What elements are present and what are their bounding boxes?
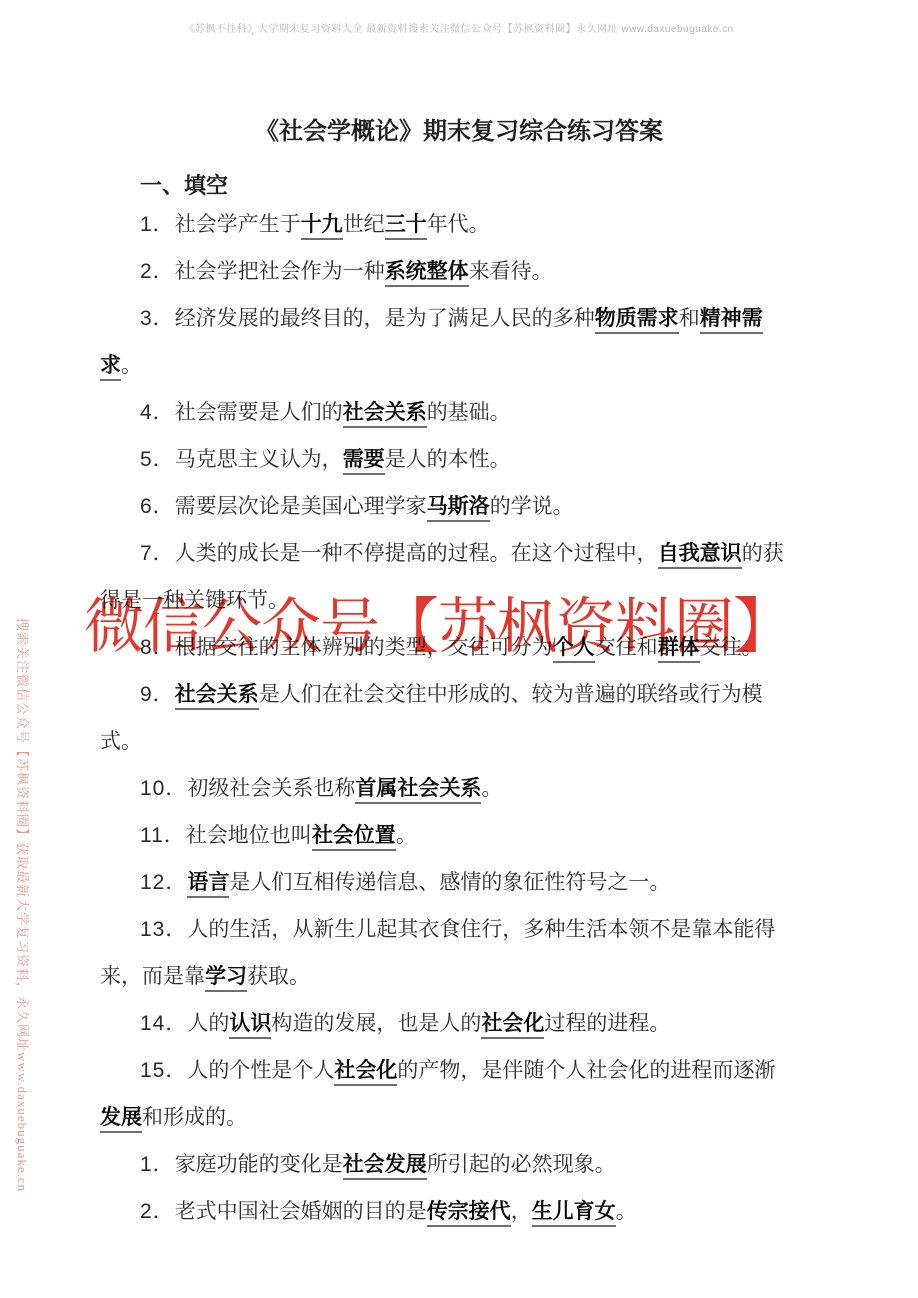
item-text: 马克思主义认为， xyxy=(175,448,343,471)
item-text: 初级社会关系也称 xyxy=(187,777,355,800)
list-item: 10．初级社会关系也称首属社会关系。 xyxy=(100,765,790,812)
item-number: 9． xyxy=(140,683,175,706)
item-text: 社会学把社会作为一种 xyxy=(175,260,385,283)
answer-blank-term: 自我意识 xyxy=(658,542,742,569)
list-item: 1．社会学产生于十九世纪三十年代。 xyxy=(100,201,790,248)
item-text: 人的个性是个人 xyxy=(187,1059,334,1082)
item-number: 1． xyxy=(140,1153,175,1176)
answer-blank-term: 群体 xyxy=(658,636,700,663)
answer-blank-term: 个人 xyxy=(553,636,595,663)
fill-in-blank-list: 1．社会学产生于十九世纪三十年代。2．社会学把社会作为一种系统整体来看待。3．经… xyxy=(100,201,790,1235)
list-item: 7．人类的成长是一种不停提高的过程。在这个过程中，自我意识的获得是一种关键环节。 xyxy=(100,530,790,624)
answer-blank-term: 马斯洛 xyxy=(427,495,490,522)
item-text: 需要层次论是美国心理学家 xyxy=(175,495,427,518)
item-text: 人类的成长是一种不停提高的过程。在这个过程中， xyxy=(175,542,658,565)
item-number: 3． xyxy=(140,307,175,330)
answer-blank-term: 社会关系 xyxy=(343,401,427,428)
answer-blank-term: 传宗接代 xyxy=(427,1200,511,1227)
item-text: 经济发展的最终目的，是为了满足人民的多种 xyxy=(175,307,595,330)
answer-blank-term: 生儿育女 xyxy=(532,1200,616,1227)
item-text: 和 xyxy=(679,307,700,330)
item-text: 家庭功能的变化是 xyxy=(175,1153,343,1176)
item-number: 7． xyxy=(140,542,175,565)
answer-blank-term: 十九 xyxy=(301,213,343,240)
item-number: 6． xyxy=(140,495,175,518)
item-text: 和形成的。 xyxy=(142,1106,247,1129)
page-title: 《社会学概论》期末复习综合练习答案 xyxy=(99,111,819,146)
item-number: 1． xyxy=(140,213,175,236)
item-text: 获取。 xyxy=(247,965,310,988)
item-text: 。 xyxy=(121,354,142,377)
document-page: 《苏枫不挂科》大学期末复习资料大全 最新资料搜索关注微信公众号【苏枫资料圈】永久… xyxy=(0,0,918,1298)
item-text: 世纪 xyxy=(343,213,385,236)
item-text: 。 xyxy=(481,777,502,800)
item-number: 14． xyxy=(140,1012,187,1035)
list-item: 4．社会需要是人们的社会关系的基础。 xyxy=(100,389,790,436)
answer-blank-term: 社会关系 xyxy=(175,683,259,710)
item-number: 11． xyxy=(140,824,186,847)
list-item: 12．语言是人们互相传递信息、感情的象征性符号之一。 xyxy=(100,859,790,906)
section-heading: 一、填空 xyxy=(140,169,228,200)
answer-blank-term: 社会化 xyxy=(334,1059,397,1086)
list-item: 6．需要层次论是美国心理学家马斯洛的学说。 xyxy=(100,483,790,530)
item-text: 年代。 xyxy=(427,213,490,236)
answer-blank-term: 学习 xyxy=(205,965,247,992)
list-item: 11．社会地位也叫社会位置。 xyxy=(100,812,790,859)
item-number: 15． xyxy=(140,1059,187,1082)
item-text: 根据交往的主体辨别的类型，交往可分为 xyxy=(175,636,553,659)
item-number: 10． xyxy=(140,777,187,800)
item-text: 构造的发展，也是人的 xyxy=(271,1012,481,1035)
item-number: 13． xyxy=(140,918,187,941)
item-text: 老式中国社会婚姻的目的是 xyxy=(175,1200,427,1223)
item-text: 过程的进程。 xyxy=(544,1012,670,1035)
item-text: 是人的本性。 xyxy=(385,448,511,471)
item-text: 社会学产生于 xyxy=(175,213,301,236)
item-text: 交往和 xyxy=(595,636,658,659)
item-text: 社会地位也叫 xyxy=(186,824,312,847)
list-item: 3．经济发展的最终目的，是为了满足人民的多种物质需求和精神需求。 xyxy=(100,295,790,389)
answer-blank-term: 系统整体 xyxy=(385,260,469,287)
answer-blank-term: 物质需求 xyxy=(595,307,679,334)
watermark-side-vertical: 搜索关注微信公众号【苏枫资料圈】获取最新大学复习资料，永久网址www.daxue… xyxy=(14,618,30,1192)
item-number: 4． xyxy=(140,401,175,424)
answer-blank-term: 发展 xyxy=(100,1106,142,1133)
answer-blank-term: 三十 xyxy=(385,213,427,240)
item-text: 人的生活，从新生儿起其衣食住行，多种生活本领不是靠本能得来，而是靠 xyxy=(100,918,775,988)
header-watermark-line: 《苏枫不挂科》大学期末复习资料大全 最新资料搜索关注微信公众号【苏枫资料圈】永久… xyxy=(0,20,918,35)
item-number: 5． xyxy=(140,448,175,471)
answer-blank-term: 社会位置 xyxy=(312,824,396,851)
answer-blank-term: 需要 xyxy=(343,448,385,475)
item-text: 交往。 xyxy=(700,636,763,659)
item-text: 的基础。 xyxy=(427,401,511,424)
item-text: 人的 xyxy=(187,1012,229,1035)
answer-blank-term: 语言 xyxy=(187,871,229,898)
list-item: 14．人的认识构造的发展，也是人的社会化过程的进程。 xyxy=(100,1000,790,1047)
list-item: 15．人的个性是个人社会化的产物，是伴随个人社会化的进程而逐渐发展和形成的。 xyxy=(100,1047,790,1141)
answer-blank-term: 认识 xyxy=(229,1012,271,1039)
item-text: 所引起的必然现象。 xyxy=(427,1153,616,1176)
list-item: 13．人的生活，从新生儿起其衣食住行，多种生活本领不是靠本能得来，而是靠学习获取… xyxy=(100,906,790,1000)
item-text: 社会需要是人们的 xyxy=(175,401,343,424)
header-stray-mark: ’ xyxy=(251,31,253,43)
item-text: 的产物，是伴随个人社会化的进程而逐渐 xyxy=(397,1059,775,1082)
list-item: 2．社会学把社会作为一种系统整体来看待。 xyxy=(100,248,790,295)
item-number: 8． xyxy=(140,636,175,659)
list-item: 1．家庭功能的变化是社会发展所引起的必然现象。 xyxy=(100,1141,790,1188)
item-text: ， xyxy=(511,1200,532,1223)
list-item: 5．马克思主义认为，需要是人的本性。 xyxy=(100,436,790,483)
answer-blank-term: 社会发展 xyxy=(343,1153,427,1180)
list-item: 9．社会关系是人们在社会交往中形成的、较为普遍的联络或行为模式。 xyxy=(100,671,790,765)
item-text: 。 xyxy=(396,824,417,847)
list-item: 8．根据交往的主体辨别的类型，交往可分为个人交往和群体交往。 xyxy=(100,624,790,671)
answer-blank-term: 社会化 xyxy=(481,1012,544,1039)
item-text: 的学说。 xyxy=(490,495,574,518)
list-item: 2．老式中国社会婚姻的目的是传宗接代，生儿育女。 xyxy=(100,1188,790,1235)
item-number: 2． xyxy=(140,1200,175,1223)
item-text: 来看待。 xyxy=(469,260,553,283)
item-number: 12． xyxy=(140,871,187,894)
item-number: 2． xyxy=(140,260,175,283)
item-text: 。 xyxy=(616,1200,637,1223)
item-text: 是人们互相传递信息、感情的象征性符号之一。 xyxy=(229,871,670,894)
answer-blank-term: 首属社会关系 xyxy=(355,777,481,804)
